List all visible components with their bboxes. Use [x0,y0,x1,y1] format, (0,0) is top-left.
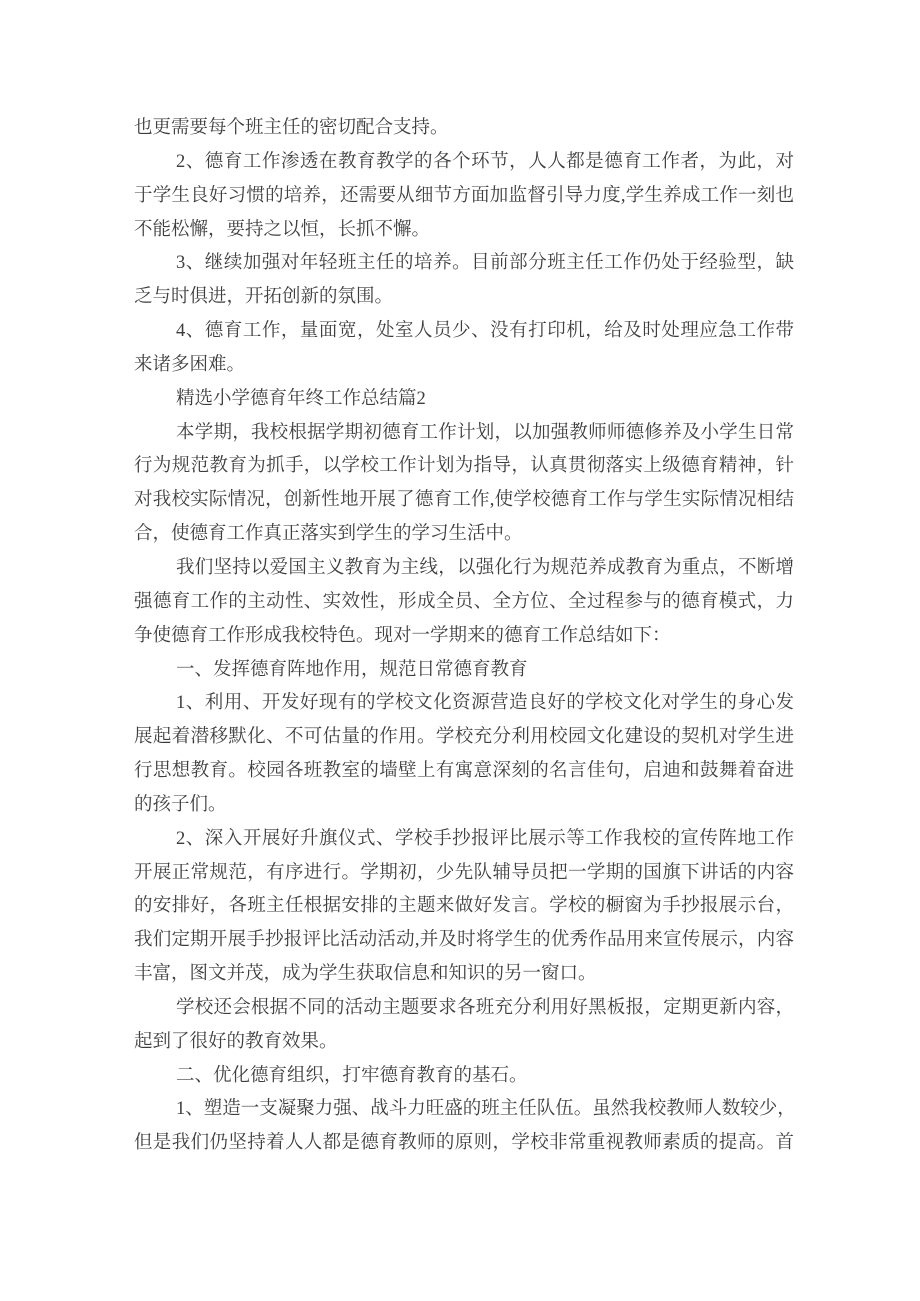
doc-line: 2、德育工作渗透在教育教学的各个环节，人人都是德育工作者，为此，对 [134,146,794,180]
doc-line: 强德育工作的主动性、实效性，形成全员、全方位、全过程参与的德育模式，力 [134,586,794,620]
doc-section-heading: 精选小学德育年终工作总结篇2 [134,383,794,417]
doc-line: 开展正常规范，有序进行。学期初，少先队辅导员把一学期的国旗下讲话的内容 [134,857,794,891]
doc-line: 来诸多困难。 [134,349,794,383]
doc-line: 乏与时俱进，开拓创新的氛围。 [134,281,794,315]
doc-line: 我们定期开展手抄报评比活动活动,并及时将学生的优秀作品用来宣传展示，内容 [134,924,794,958]
document-body: 也更需要每个班主任的密切配合支持。 2、德育工作渗透在教育教学的各个环节，人人都… [134,112,794,1161]
doc-line: 的安排好，各班主任根据安排的主题来做好发言。学校的橱窗为手抄报展示台， [134,890,794,924]
doc-line: 我们坚持以爱国主义教育为主线，以强化行为规范养成教育为重点，不断增 [134,552,794,586]
doc-subheading: 一、发挥德育阵地作用，规范日常德育教育 [134,654,794,688]
doc-line: 学校还会根据不同的活动主题要求各班充分利用好黑板报，定期更新内容， [134,992,794,1026]
doc-line: 对我校实际情况，创新性地开展了德育工作,使学校德育工作与学生实际情况相结 [134,484,794,518]
doc-line: 丰富，图文并茂，成为学生获取信息和知识的另一窗口。 [134,958,794,992]
doc-line: 1、利用、开发好现有的学校文化资源营造良好的学校文化对学生的身心发 [134,687,794,721]
doc-line: 本学期，我校根据学期初德育工作计划，以加强教师师德修养及小学生日常 [134,417,794,451]
document-page: 也更需要每个班主任的密切配合支持。 2、德育工作渗透在教育教学的各个环节，人人都… [0,0,920,1301]
doc-line: 1、塑造一支凝聚力强、战斗力旺盛的班主任队伍。虽然我校教师人数较少， [134,1093,794,1127]
doc-line: 4、德育工作，量面宽，处室人员少、没有打印机，给及时处理应急工作带 [134,315,794,349]
doc-line: 合，使德育工作真正落实到学生的学习生活中。 [134,518,794,552]
doc-line: 展起着潜移默化、不可估量的作用。学校充分利用校园文化建设的契机对学生进 [134,721,794,755]
doc-line: 起到了很好的教育效果。 [134,1026,794,1060]
doc-line: 行思想教育。校园各班教室的墙壁上有寓意深刻的名言佳句，启迪和鼓舞着奋进 [134,755,794,789]
doc-line: 于学生良好习惯的培养，还需要从细节方面加监督引导力度,学生养成工作一刻也 [134,180,794,214]
doc-line: 行为规范教育为抓手，以学校工作计划为指导，认真贯彻落实上级德育精神，针 [134,450,794,484]
doc-line: 的孩子们。 [134,789,794,823]
doc-line: 不能松懈，要持之以恒，长抓不懈。 [134,214,794,248]
doc-line: 3、继续加强对年轻班主任的培养。目前部分班主任工作仍处于经验型，缺 [134,247,794,281]
doc-subheading: 二、优化德育组织，打牢德育教育的基石。 [134,1060,794,1094]
doc-line: 争使德育工作形成我校特色。现对一学期来的德育工作总结如下： [134,620,794,654]
doc-line: 但是我们仍坚持着人人都是德育教师的原则，学校非常重视教师素质的提高。首 [134,1127,794,1161]
doc-line: 2、深入开展好升旗仪式、学校手抄报评比展示等工作我校的宣传阵地工作 [134,823,794,857]
doc-line: 也更需要每个班主任的密切配合支持。 [134,112,794,146]
